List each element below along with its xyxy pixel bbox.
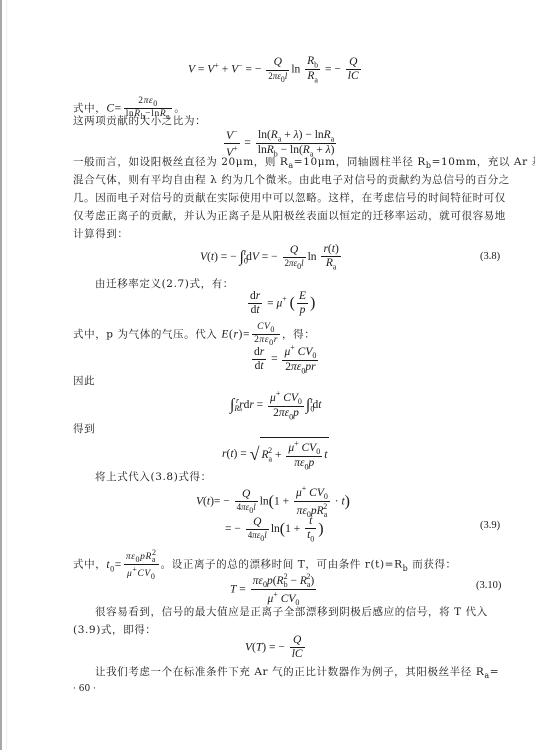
equation-3-8: V(t) = − ∫0tdV = − Q2πε0lln r(t)Ra	[200, 243, 343, 272]
page-number: · 60 ·	[73, 684, 96, 694]
equation-3-10: T = πε0p(Rb2 − Ra2)μ+ CV0	[230, 572, 318, 608]
scan-edge-shadow	[6, 0, 7, 750]
scan-edge	[0, 0, 2, 750]
equation-VT: V(T) = − QlC	[245, 634, 307, 661]
paragraph-line: 很容易看到，信号的最大值应是正离子全部漂移到阴极后感应的信号，将 T 代入	[95, 605, 488, 619]
paragraph-line: 一般而言，如设阳极丝直径为 20μm，则 Ra=10μm，同轴圆柱半径 Rb=1…	[73, 155, 535, 173]
ratio-intro: 这两项贡献的大小之比为：	[73, 114, 206, 128]
equation-total-voltage: V = V+ + V− = − Q2πε0lln RbRa = − QlC	[188, 55, 363, 85]
equation-integral: ∫Rarrdr = μ+ CV02πε0p∫0tdt	[230, 389, 322, 422]
equation-number: (3.10)	[476, 580, 501, 591]
equation-drdt: drdt = μ+ CV02πε0pr	[250, 343, 320, 376]
paragraph-line: 混合气体，则有平均自由程 λ 约为几个微米。由此电子对信号的贡献约为总信号的百分…	[73, 173, 510, 187]
mobility-intro: 由迁移率定义(2.7)式，有：	[95, 277, 234, 291]
equation-number: (3.8)	[480, 251, 500, 262]
equation-3-9-line2: = − Q4πε0lln(1 + tt0)	[225, 515, 324, 544]
obtain-label: 得到	[73, 422, 95, 436]
paragraph-line: 计算得到：	[73, 227, 129, 241]
equation-number: (3.9)	[480, 520, 500, 531]
therefore-label: 因此	[73, 374, 95, 388]
where-prefix: 式中，	[73, 103, 106, 115]
paragraph-line: 让我们考虑一个在标准条件下充 Ar 气的正比计数器作为例子，其阳极丝半径 Ra=	[95, 665, 499, 683]
substitute-label: 将上式代入(3.8)式得：	[95, 470, 212, 484]
paragraph-line: (3.9)式，即得：	[73, 623, 156, 637]
paragraph-line: 仅考虑正离子的贡献，并认为正离子是从阳极丝表面以恒定的迁移率运动，就可很容易地	[73, 209, 506, 223]
paragraph-line: 几。因而电子对信号的贡献在实际使用中可以忽略。这样，在考虑信号的时间特征时可仅	[73, 191, 506, 205]
equation-rt: r(t) = √Ra2 + μ+ CV0πε0pt	[222, 437, 329, 472]
equation-drift: drdt = μ+ (Ep)	[246, 290, 315, 317]
